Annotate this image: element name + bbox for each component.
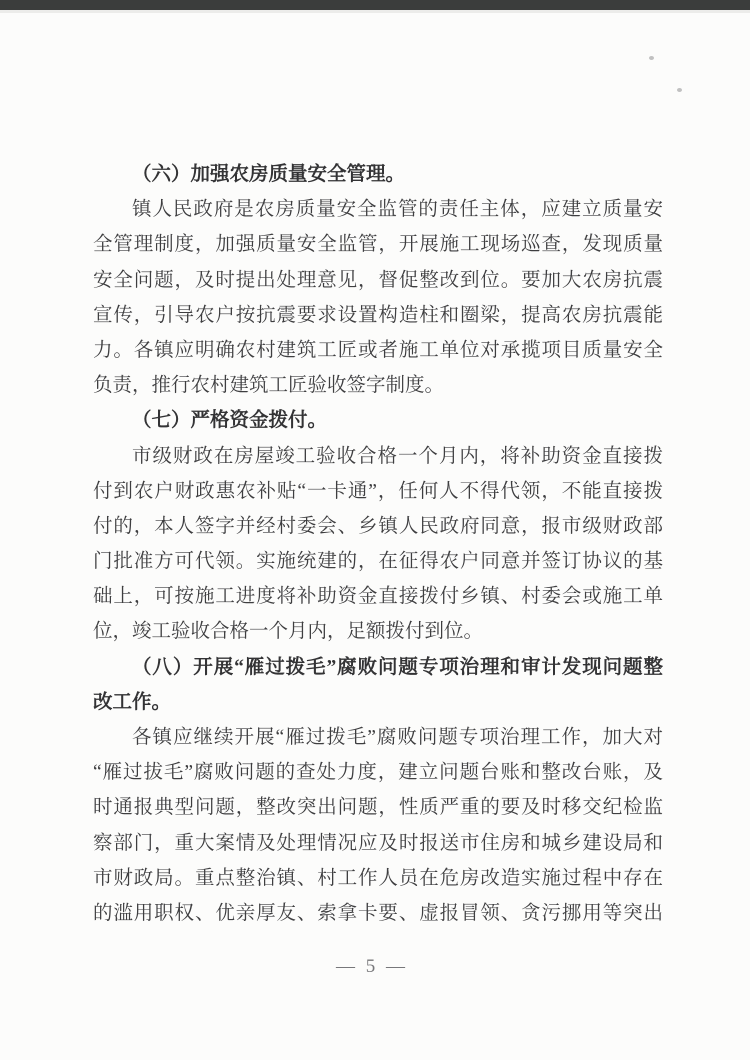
heading-line: （八）开展“雁过拨毛”腐败问题专项治理和审计发现问题整 <box>93 650 663 685</box>
text-line: 负责，推行农村建筑工匠验收签字制度。 <box>93 368 663 403</box>
page-number: — 5 — <box>0 956 744 978</box>
text-line: 时通报典型问题，整改突出问题，性质严重的要及时移交纪检监 <box>93 790 663 825</box>
text-line: 市财政局。重点整治镇、村工作人员在危房改造实施过程中存在 <box>93 861 663 896</box>
heading-line: （七）严格资金拨付。 <box>93 403 663 438</box>
text-line: 镇人民政府是农房质量安全监管的责任主体，应建立质量安 <box>93 192 663 227</box>
heading-line: （六）加强农房质量安全管理。 <box>93 157 663 192</box>
scan-speck <box>649 56 654 60</box>
text-line: 全管理制度，加强质量安全监管，开展施工现场巡查，发现质量 <box>93 227 663 262</box>
text-line: 安全问题，及时提出处理意见，督促整改到位。要加大农房抗震 <box>93 263 663 298</box>
text-line: 位，竣工验收合格一个月内，足额拨付到位。 <box>93 614 663 649</box>
text-line: “雁过拔毛”腐败问题的查处力度，建立问题台账和整改台账，及 <box>93 755 663 790</box>
text-line: 力。各镇应明确农村建筑工匠或者施工单位对承揽项目质量安全 <box>93 333 663 368</box>
text-line: 础上，可按施工进度将补助资金直接拨付乡镇、村委会或施工单 <box>93 579 663 614</box>
document-body: （六）加强农房质量安全管理。镇人民政府是农房质量安全监管的责任主体，应建立质量安… <box>93 157 663 931</box>
text-line: 宣传，引导农户按抗震要求设置构造柱和圈梁，提高农房抗震能 <box>93 298 663 333</box>
scan-speck <box>677 88 682 92</box>
scan-top-border <box>0 0 750 13</box>
text-line: 门批准方可代领。实施统建的，在征得农户同意并签订协议的基 <box>93 544 663 579</box>
text-line: 市级财政在房屋竣工验收合格一个月内，将补助资金直接拨 <box>93 439 663 474</box>
text-line: 察部门，重大案情及处理情况应及时报送市住房和城乡建设局和 <box>93 826 663 861</box>
scanned-document-page: （六）加强农房质量安全管理。镇人民政府是农房质量安全监管的责任主体，应建立质量安… <box>0 0 750 1060</box>
text-line: 付到农户财政惠农补贴“一卡通”，任何人不得代领，不能直接拨 <box>93 474 663 509</box>
heading-line: 改工作。 <box>93 685 663 720</box>
text-line: 的滥用职权、优亲厚友、索拿卡要、虚报冒领、贪污挪用等突出 <box>93 896 663 931</box>
text-line: 付的，本人签字并经村委会、乡镇人民政府同意，报市级财政部 <box>93 509 663 544</box>
text-line: 各镇应继续开展“雁过拨毛”腐败问题专项治理工作，加大对 <box>93 720 663 755</box>
